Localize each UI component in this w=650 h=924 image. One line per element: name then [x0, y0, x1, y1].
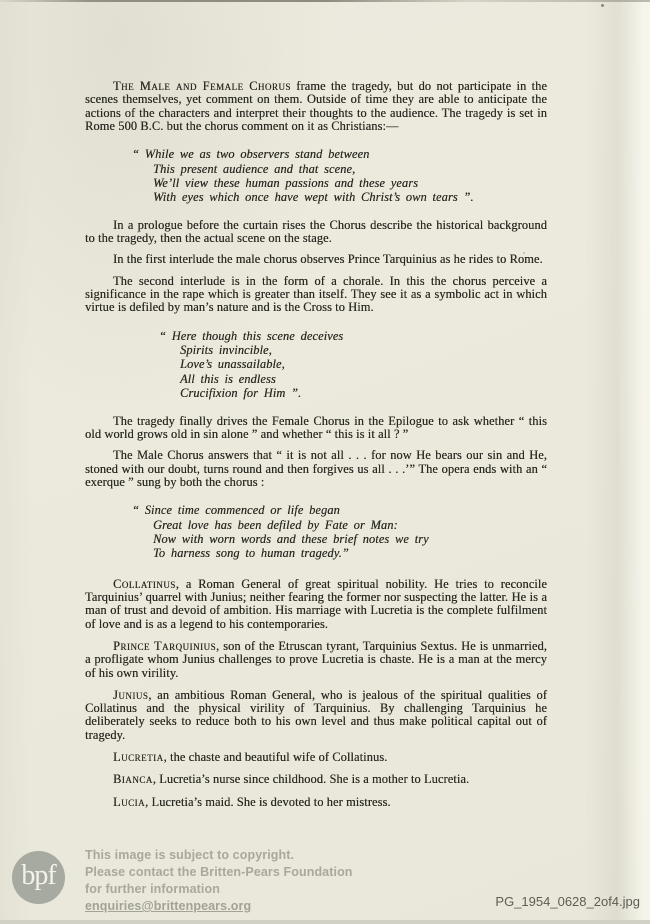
- character-name: Collatinus: [113, 577, 176, 591]
- verse-line: This present audience and that scene,: [153, 162, 547, 176]
- verse-line: Crucifixion for Him ”.: [180, 386, 547, 400]
- verse-line: Now with worn words and these brief note…: [153, 532, 547, 546]
- verse-line: “ Here though this scene deceives: [175, 329, 547, 343]
- character-name: Lucretia: [113, 750, 164, 764]
- bpf-logo: bpf: [12, 851, 65, 904]
- paragraph-lucretia: Lucretia, the chaste and beautiful wife …: [85, 751, 547, 764]
- verse-line: We’ll view these human passions and thes…: [153, 176, 547, 190]
- verse-line: With eyes which once have wept with Chri…: [153, 190, 547, 204]
- character-name: Prince Tarquinius: [113, 639, 216, 653]
- verse-line: Spirits invincible,: [180, 343, 547, 357]
- verse-quote-chorale: “ Here though this scene deceives Spirit…: [159, 329, 547, 401]
- copyright-notice: This image is subject to copyright. Plea…: [85, 847, 353, 915]
- verse-quote-observers: “ While we as two observers stand betwee…: [132, 147, 547, 205]
- verse-line: “ Since time commenced or life began: [148, 503, 547, 517]
- verse-line: To harness song to human tragedy.”: [153, 546, 547, 560]
- image-filename: PG_1954_0628_2of4.jpg: [495, 894, 640, 909]
- copyright-footer: bpf This image is subject to copyright. …: [0, 846, 650, 920]
- verse-line: All this is endless: [180, 372, 547, 386]
- contact-email-link[interactable]: enquiries@brittenpears.org: [85, 898, 251, 915]
- paragraph-tarquinius: Prince Tarquinius, son of the Etruscan t…: [85, 640, 547, 680]
- paragraph-lucia: Lucia, Lucretia’s maid. She is devoted t…: [85, 796, 547, 809]
- verse-quote-exerque: “ Since time commenced or life began Gre…: [132, 503, 547, 561]
- paragraph-chorus-intro: The Male and Female Chorus frame the tra…: [85, 80, 547, 133]
- scan-bottom-edge-artifact: [0, 920, 650, 924]
- character-name: Bianca: [113, 772, 153, 786]
- paragraph-text: , Lucretia’s maid. She is devoted to her…: [145, 795, 391, 809]
- page-text-block: The Male and Female Chorus frame the tra…: [85, 80, 547, 818]
- character-name: Junius: [113, 688, 148, 702]
- verse-line: “ While we as two observers stand betwee…: [148, 147, 547, 161]
- character-name: Lucia: [113, 795, 145, 809]
- paragraph-first-interlude: In the first interlude the male chorus o…: [85, 253, 547, 266]
- paragraph-junius: Junius, an ambitious Roman General, who …: [85, 689, 547, 742]
- bpf-logo-text: bpf: [21, 860, 55, 891]
- verse-line: Great love has been defiled by Fate or M…: [153, 518, 547, 532]
- copyright-line-1: This image is subject to copyright.: [85, 847, 353, 864]
- paragraph-epilogue: The tragedy finally drives the Female Ch…: [85, 415, 547, 442]
- chorus-smallcaps-lead: The Male and Female Chorus: [113, 79, 291, 93]
- character-descriptions: Collatinus, a Roman General of great spi…: [85, 578, 547, 809]
- paragraph-text: , Lucretia’s nurse since childhood. She …: [153, 772, 469, 786]
- paragraph-bianca: Bianca, Lucretia’s nurse since childhood…: [85, 773, 547, 786]
- paragraph-prologue: In a prologue before the curtain rises t…: [85, 219, 547, 246]
- paragraph-collatinus: Collatinus, a Roman General of great spi…: [85, 578, 547, 631]
- paragraph-text: , the chaste and beautiful wife of Colla…: [164, 750, 388, 764]
- copyright-line-2: Please contact the Britten-Pears Foundat…: [85, 864, 353, 881]
- scanned-page: The Male and Female Chorus frame the tra…: [0, 0, 650, 924]
- scan-top-edge-artifact: [0, 0, 650, 2]
- verse-line: Love’s unassailable,: [180, 357, 547, 371]
- scan-speck: [601, 4, 604, 7]
- paragraph-second-interlude: The second interlude is in the form of a…: [85, 275, 547, 315]
- paragraph-male-chorus-answer: The Male Chorus answers that “ it is not…: [85, 449, 547, 489]
- paragraph-text: , an ambitious Roman General, who is jea…: [85, 688, 547, 742]
- copyright-line-3: for further information: [85, 881, 353, 898]
